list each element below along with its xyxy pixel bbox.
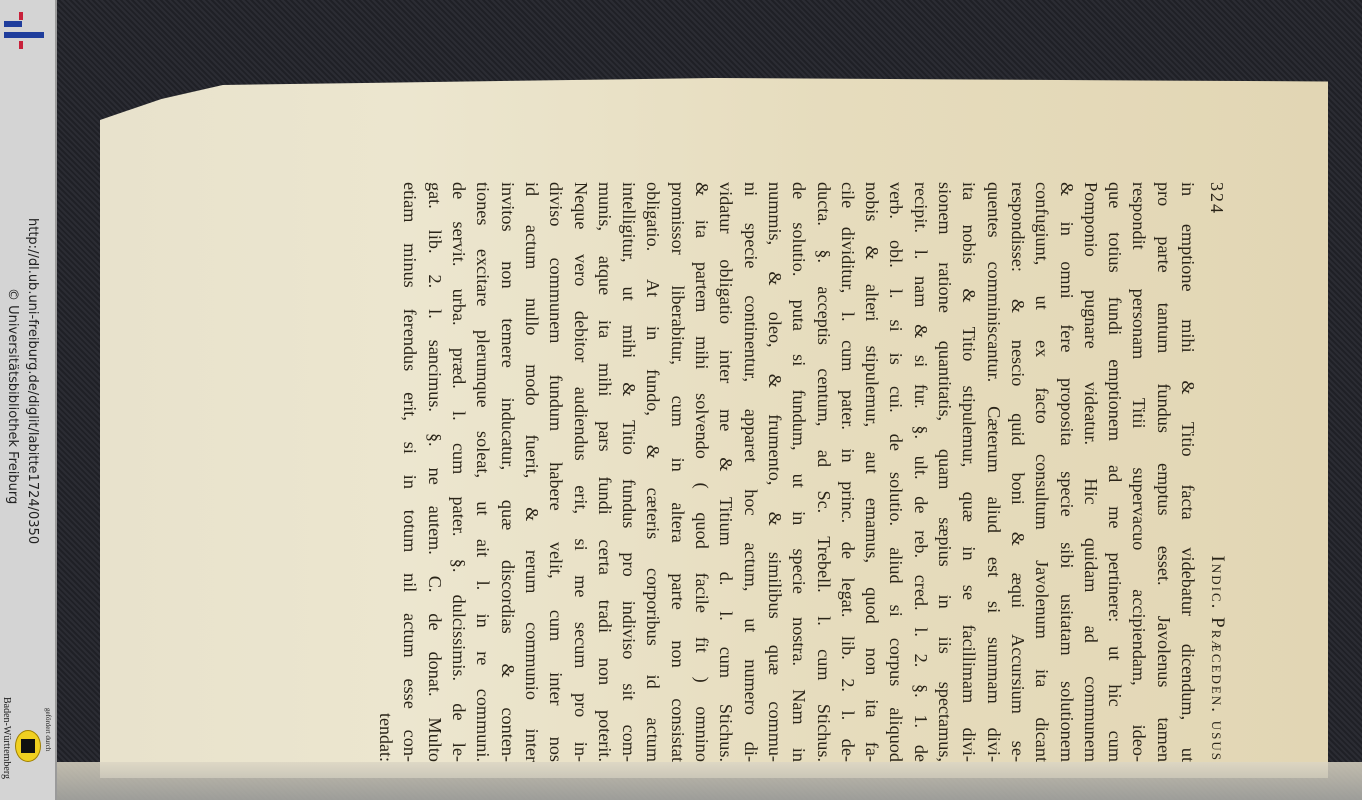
- text-line: invitos non temere inducatur, quæ discor…: [495, 182, 519, 762]
- text-line: & ita partem mihi solvendo ( quod facile…: [690, 182, 714, 762]
- text-line: cile dividitur, l. cum pater. in princ. …: [836, 182, 860, 762]
- text-line: gat. lib. 2. l. sancimus. §. ne autem. C…: [423, 182, 447, 762]
- text-line: vidatur obligatio inter me & Titium d. l…: [714, 182, 738, 762]
- body-text: in emptione mihi & Titio facta videbatur…: [398, 182, 1200, 762]
- text-line: tiones excitare plerumque soleat, ut ait…: [471, 182, 495, 762]
- text-line: recipit. l. nam & si fur. §. ult. de reb…: [908, 182, 932, 762]
- text-line: respondit personam Titii supervacuo acci…: [1127, 182, 1151, 762]
- page-text-block: 324 Indic. Præceden. usus in emptione mi…: [374, 182, 1232, 762]
- text-line: nummis, & oleo, & frumento, & similibus …: [763, 182, 787, 762]
- text-line: que totius fundi emptionem ad me pertine…: [1103, 182, 1127, 762]
- text-line: diviso communem fundum habere velit, cum…: [544, 182, 568, 762]
- sponsor-name: Baden-Württemberg: [1, 697, 12, 779]
- text-line: de servit. urba. præd. l. cum pater. §. …: [447, 182, 471, 762]
- text-line: ducta. §. acceptis centum, ad Sc. Trebel…: [811, 182, 835, 762]
- text-line: ita nobis & Titio stipulemur, quæ in se …: [957, 182, 981, 762]
- text-line: id actum nullo modo fuerit, & rerum comm…: [520, 182, 544, 762]
- text-line: ni specie continentur, apparet hoc actum…: [738, 182, 762, 762]
- text-line: & in omni fere proposita specie sibi usi…: [1054, 182, 1078, 762]
- text-line: intelligitur, ut mihi & Titio fundus pro…: [617, 182, 641, 762]
- text-line: nobis & alteri stipulemur, aut emamus, q…: [860, 182, 884, 762]
- library-logo-icon[interactable]: [4, 10, 46, 50]
- text-line: Pomponio pugnare videatur. Hic quidam ad…: [1079, 182, 1103, 762]
- text-line: obligatio. At in fundo, & cæteris corpor…: [641, 182, 665, 762]
- catchword: tendat:: [374, 182, 398, 762]
- page-header: 324 Indic. Præceden. usus: [1200, 182, 1232, 762]
- scan-reflection-strip: [57, 762, 1362, 800]
- sponsor-label: gefördert durch: [44, 708, 52, 751]
- copyright-notice: © Universitätsbibliothek Freiburg: [5, 288, 20, 504]
- text-line: etiam minus ferendus erit, si in totum n…: [398, 182, 422, 762]
- text-line: verb. obl. l. si is cui. de solutio. ali…: [884, 182, 908, 762]
- text-line: de solutio. puta si fundum, ut in specie…: [787, 182, 811, 762]
- permalink-url[interactable]: http://dl.ub.uni-freiburg.de/diglit/labi…: [25, 218, 40, 544]
- text-line: sionem ratione quantitatis, quam sæpius …: [933, 182, 957, 762]
- baden-wuerttemberg-seal-icon: [15, 730, 41, 762]
- viewer-sidebar: http://dl.ub.uni-freiburg.de/diglit/labi…: [0, 0, 57, 800]
- text-line: in emptione mihi & Titio facta videbatur…: [1176, 182, 1200, 762]
- text-line: confugiunt, ut ex facto consultum Javole…: [1030, 182, 1054, 762]
- text-line: promissor liberabitur, cum in altera par…: [665, 182, 689, 762]
- text-line: Neque vero debitor audiendus erit, si me…: [568, 182, 592, 762]
- running-head: Indic. Præceden. usus: [1200, 556, 1232, 762]
- text-line: respondisse: & nescio quid boni & æqui A…: [1006, 182, 1030, 762]
- text-line: munis, atque ita mihi pars fundi certa t…: [593, 182, 617, 762]
- text-line: pro parte tantum fundus emptus esset. Ja…: [1151, 182, 1175, 762]
- page-number: 324: [1200, 182, 1232, 215]
- text-line: quentes comminiscantur. Cæterum aliud es…: [981, 182, 1005, 762]
